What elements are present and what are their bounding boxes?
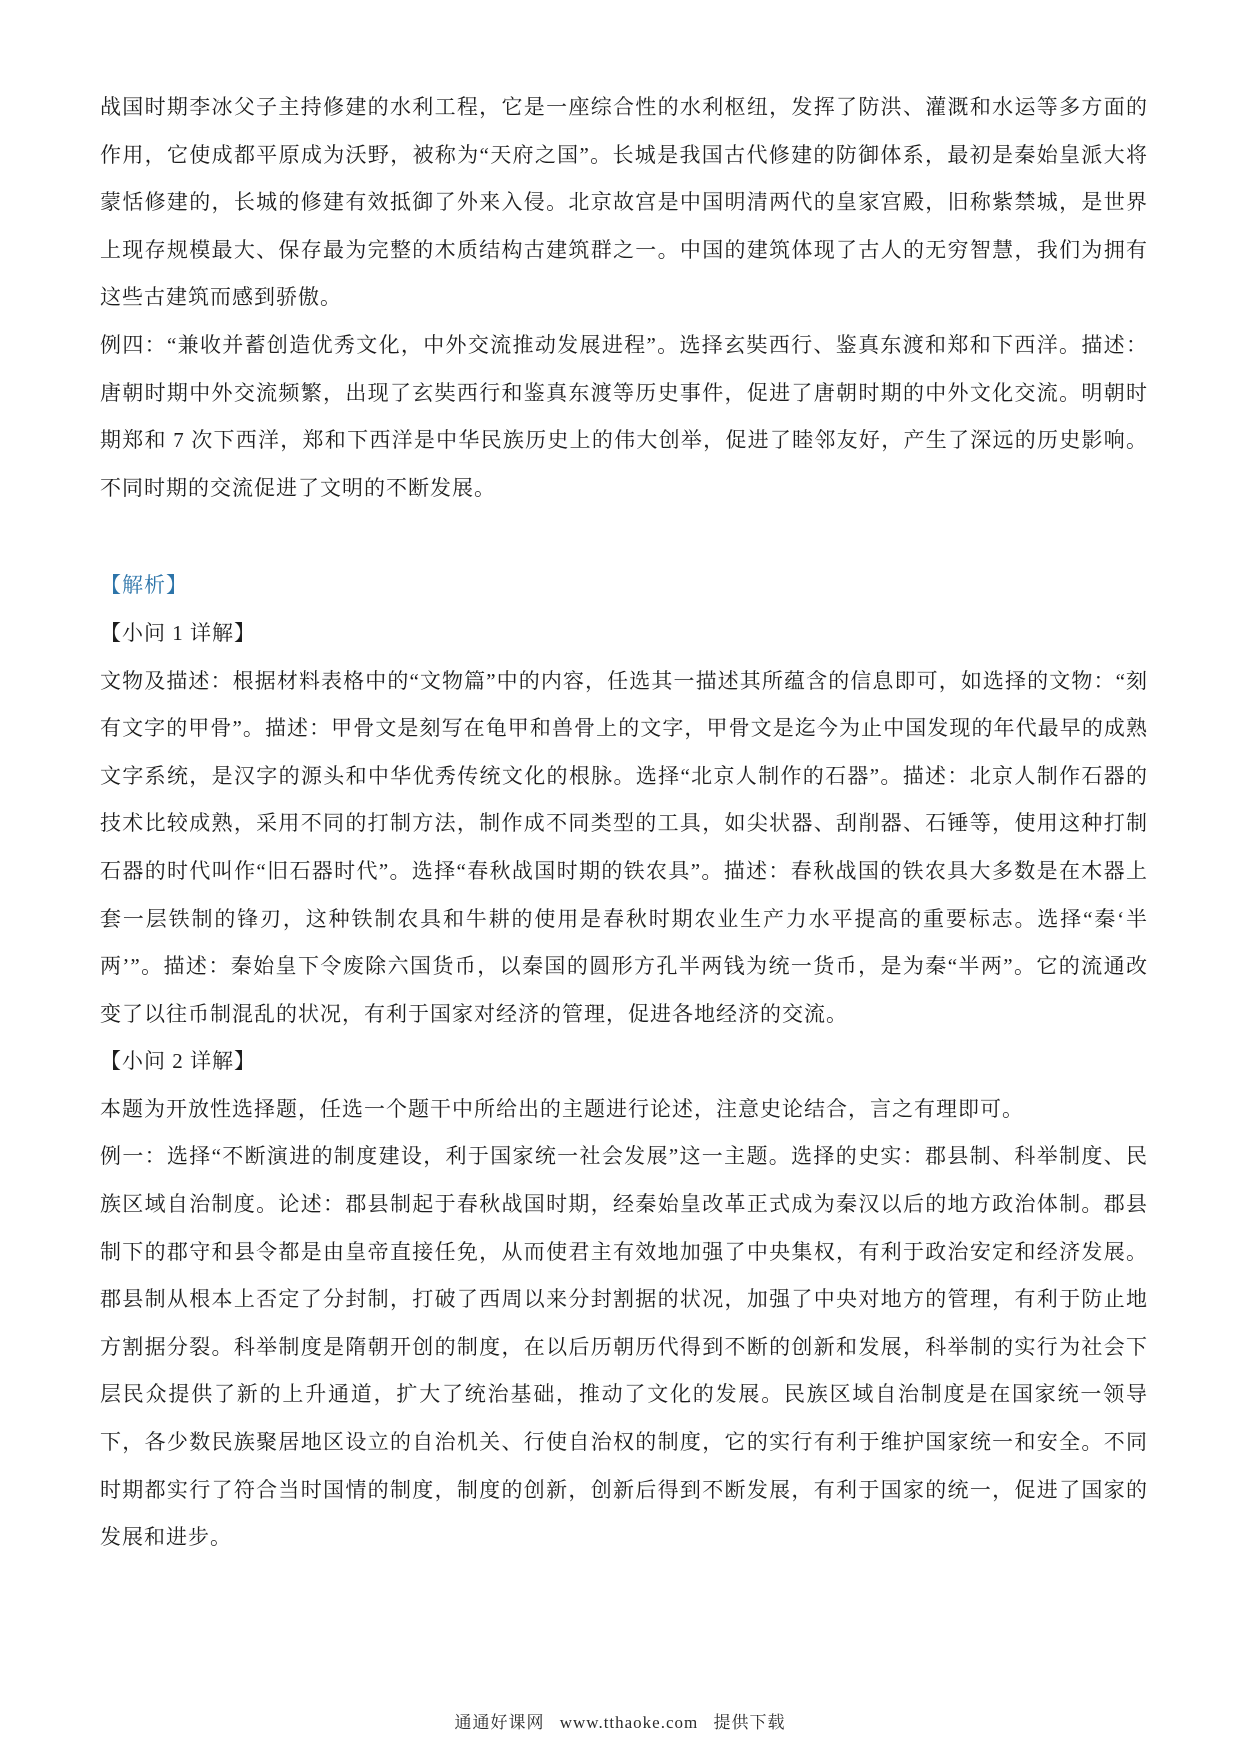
subquestion-2-intro: 本题为开放性选择题，任选一个题干中所给出的主题进行论述，注意史论结合，言之有理即…	[100, 1086, 1148, 1134]
document-content: 战国时期李冰父子主持修建的水利工程，它是一座综合性的水利枢纽，发挥了防洪、灌溉和…	[100, 84, 1148, 1562]
footer-url: www.tthaoke.com	[560, 1713, 699, 1733]
analysis-section-label: 【解析】	[100, 562, 1148, 610]
subquestion-2-label: 【小问 2 详解】	[100, 1038, 1148, 1086]
document-page: 战国时期李冰父子主持修建的水利工程，它是一座综合性的水利枢纽，发挥了防洪、灌溉和…	[0, 0, 1240, 1754]
page-footer: 通通好课网 www.tthaoke.com 提供下载	[0, 1708, 1240, 1733]
subquestion-1-explanation: 文物及描述：根据材料表格中的“文物篇”中的内容，任选其一描述其所蕴含的信息即可，…	[100, 658, 1148, 1039]
footer-download-note: 提供下载	[714, 1708, 786, 1733]
subquestion-2-example: 例一：选择“不断演进的制度建设，利于国家统一社会发展”这一主题。选择的史实：郡县…	[100, 1133, 1148, 1561]
subquestion-1-label: 【小问 1 详解】	[100, 610, 1148, 658]
paragraph-architecture-answer: 战国时期李冰父子主持修建的水利工程，它是一座综合性的水利枢纽，发挥了防洪、灌溉和…	[100, 84, 1148, 322]
paragraph-example-four: 例四：“兼收并蓄创造优秀文化，中外交流推动发展进程”。选择玄奘西行、鉴真东渡和郑…	[100, 322, 1148, 512]
footer-site-name: 通通好课网	[454, 1708, 544, 1733]
